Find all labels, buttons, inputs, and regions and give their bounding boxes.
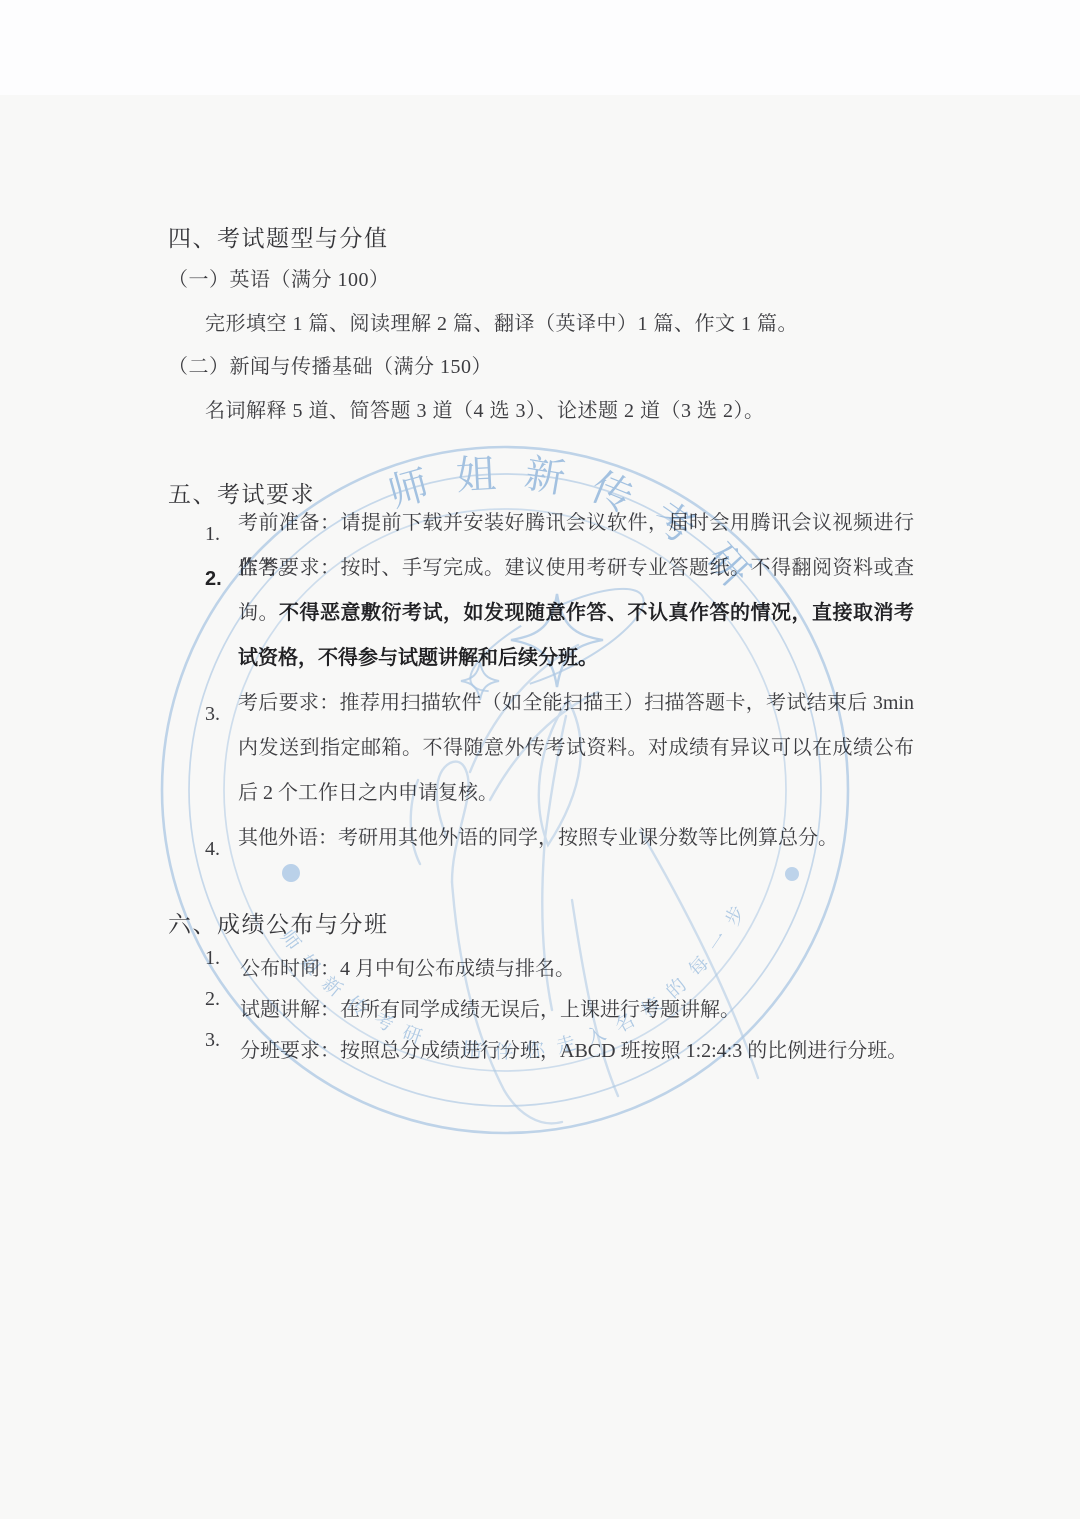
list-item: 其他外语：考研用其他外语的同学，按照专业课分数等比例算总分。 [238,816,914,861]
list-item-bold-text: 不得恶意敷衍考试，如发现随意作答、不认真作答的情况，直接取消考试资格，不得参与试… [238,602,914,669]
section6-heading: 六、成绩公布与分班 [168,906,389,939]
list-item-text: 其他外语：考研用其他外语的同学，按照专业课分数等比例算总分。 [238,827,838,849]
section4-para2: 名词解释 5 道、简答题 3 道（4 选 3）、论述题 2 道（3 选 2）。 [205,394,765,423]
document-page: 四、考试题型与分值 （一）英语（满分 100） 完形填空 1 篇、阅读理解 2 … [0,0,1080,1519]
list-item-number: 3. [205,1029,235,1052]
list-item-number: 1. [205,947,235,970]
list-item: 作答要求：按时、手写完成。建议使用考研专业答题纸。不得翻阅资料或查询。不得恶意敷… [238,546,914,681]
list-item-number: 1. [205,523,235,546]
list-item-number: 2. [205,568,235,591]
section4-sub1: （一）英语（满分 100） [168,263,390,292]
section4-para1: 完形填空 1 篇、阅读理解 2 篇、翻译（英译中）1 篇、作文 1 篇。 [205,307,798,336]
list-item: 公布时间：4 月中旬公布成绩与排名。 [240,947,916,991]
list-item: 考后要求：推荐用扫描软件（如全能扫描王）扫描答题卡，考试结束后 3min 内发送… [238,681,914,816]
list-item-number: 2. [205,988,235,1011]
section4-heading: 四、考试题型与分值 [168,220,389,253]
list-item-number: 4. [205,838,235,861]
list-item-number: 3. [205,703,235,726]
list-item-text: 考后要求：推荐用扫描软件（如全能扫描王）扫描答题卡，考试结束后 3min 内发送… [238,692,914,804]
section4-sub2: （二）新闻与传播基础（满分 150） [168,350,492,379]
list-item: 分班要求：按照总分成绩进行分班，ABCD 班按照 1:2:4:3 的比例进行分班… [240,1029,916,1073]
list-item: 试题讲解：在所有同学成绩无误后，上课进行考题讲解。 [240,988,916,1032]
